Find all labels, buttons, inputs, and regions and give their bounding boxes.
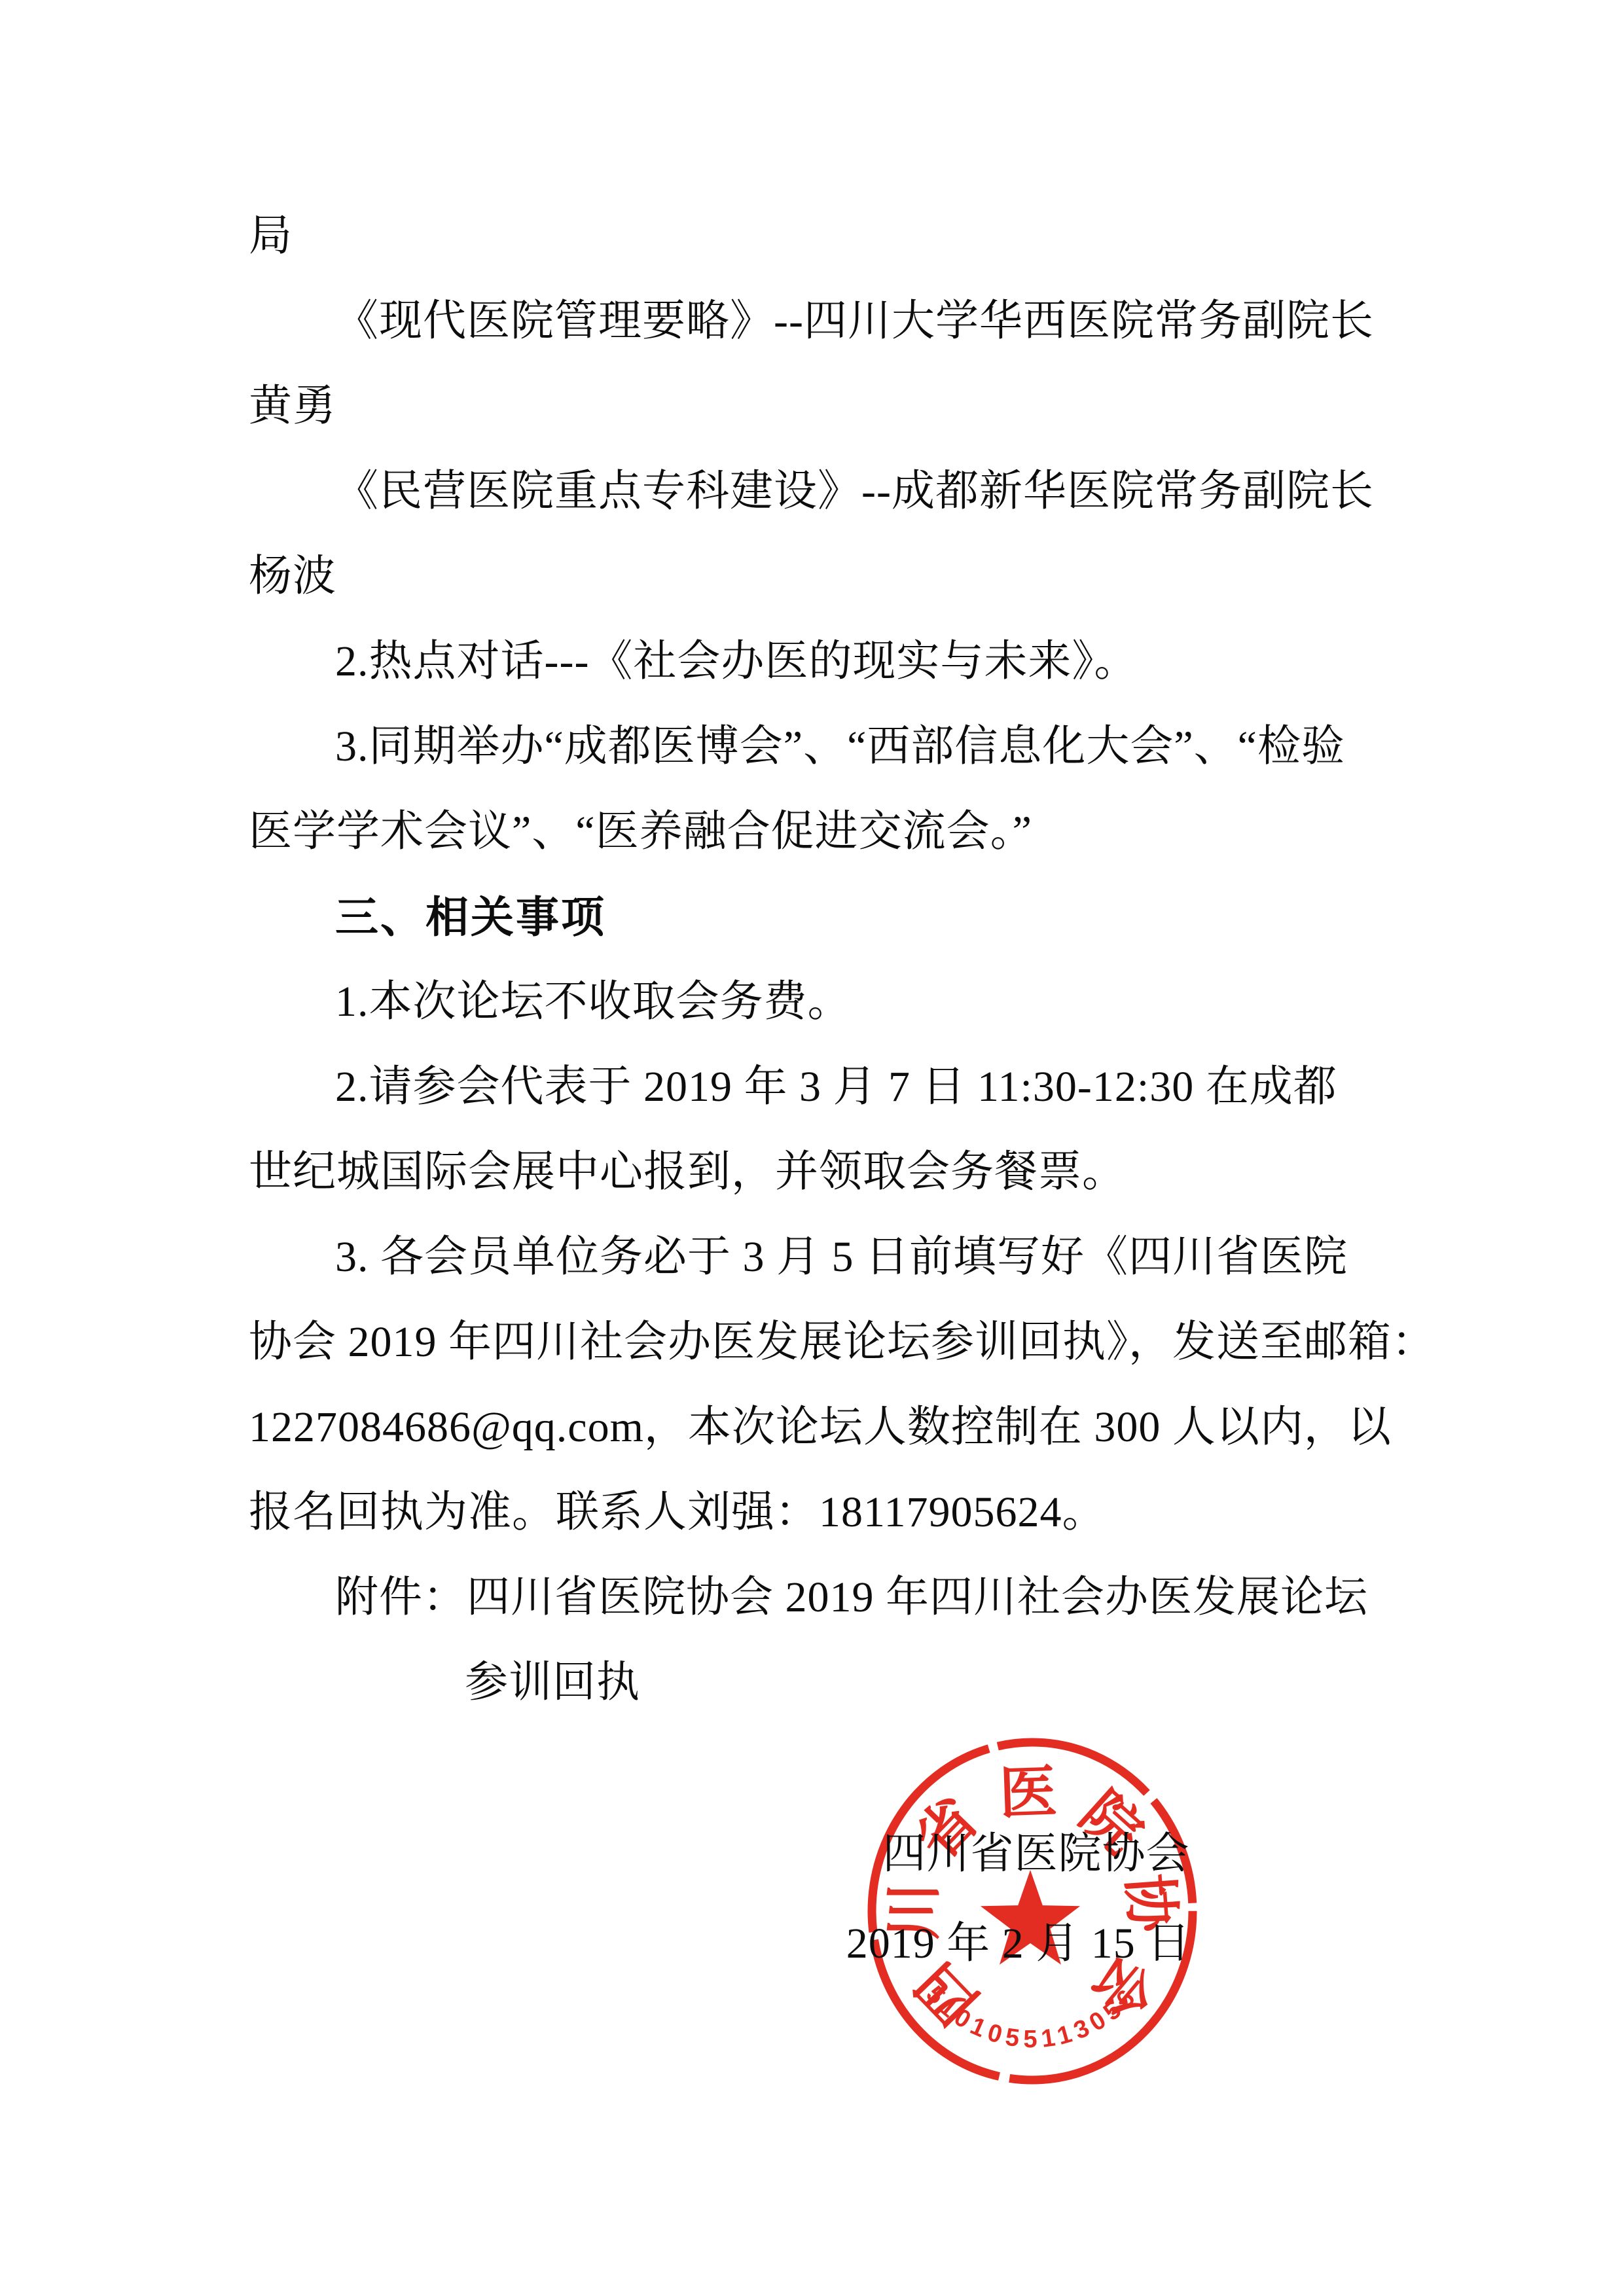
doc-line: 世纪城国际会展中心报到，并领取会务餐票。 [249, 1130, 1401, 1215]
doc-line: 黄勇 [249, 364, 1401, 449]
doc-line: 2.请参会代表于 2019 年 3 月 7 日 11:30-12:30 在成都 [249, 1045, 1401, 1130]
doc-line: 2.热点对话---《社会办医的现实与未来》。 [249, 619, 1401, 704]
doc-line: 医学学术会议”、“医养融合促进交流会。” [249, 789, 1401, 874]
document-body: 局《现代医院管理要略》--四川大学华西医院常务副院长黄勇《民营医院重点专科建设》… [249, 194, 1401, 1725]
doc-line: 局 [249, 194, 1401, 279]
doc-line: 3.同期举办“成都医博会”、“西部信息化大会”、“检验 [249, 704, 1401, 789]
signature-date: 2019 年 2 月 15 日 [757, 1901, 1280, 1986]
doc-line: 《现代医院管理要略》--四川大学华西医院常务副院长 [249, 279, 1401, 364]
doc-line: 《民营医院重点专科建设》--成都新华医院常务副院长 [249, 449, 1401, 534]
doc-line: 1227084686@qq.com，本次论坛人数控制在 300 人以内，以 [249, 1385, 1401, 1470]
signature-org: 四川省医院协会 [774, 1812, 1298, 1897]
doc-line: 1.本次论坛不收取会务费。 [249, 960, 1401, 1045]
doc-line: 三、相关事项 [249, 874, 1401, 960]
document-page: 局《现代医院管理要略》--四川大学华西医院常务副院长黄勇《民营医院重点专科建设》… [0, 0, 1624, 2296]
doc-line: 3. 各会员单位务必于 3 月 5 日前填写好《四川省医院 [249, 1215, 1401, 1300]
doc-line: 参训回执 [249, 1640, 1401, 1725]
doc-line: 附件：四川省医院协会 2019 年四川社会办医发展论坛 [249, 1555, 1401, 1640]
doc-line: 协会 2019 年四川社会办医发展论坛参训回执》，发送至邮箱： [249, 1300, 1401, 1385]
doc-line: 杨波 [249, 534, 1401, 619]
doc-line: 报名回执为准。联系人刘强：18117905624。 [249, 1470, 1401, 1555]
